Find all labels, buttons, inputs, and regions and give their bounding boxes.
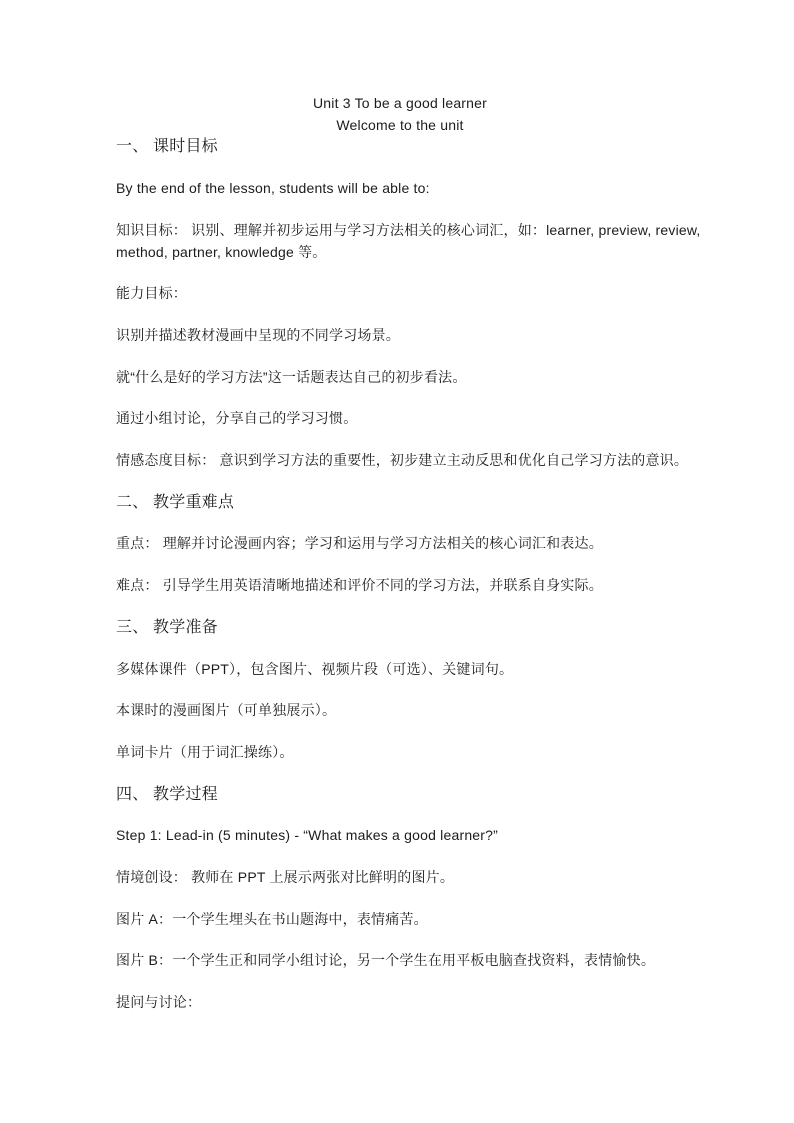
ability-goal-label: 能力目标： — [116, 283, 684, 305]
prep-item-2: 本课时的漫画图片（可单独展示）。 — [116, 700, 684, 722]
ability-goal-3: 通过小组讨论，分享自己的学习习惯。 — [116, 408, 684, 430]
step1-questions-label: 提问与讨论： — [116, 992, 684, 1014]
objectives-intro: By the end of the lesson, students will … — [116, 178, 684, 200]
affective-goal: 情感态度目标： 意识到学习方法的重要性，初步建立主动反思和优化自己学习方法的意识… — [116, 450, 684, 472]
step1-picture-a: 图片 A：一个学生埋头在书山题海中，表情痛苦。 — [116, 909, 684, 931]
ability-goal-1: 识别并描述教材漫画中呈现的不同学习场景。 — [116, 325, 684, 347]
prep-item-3: 单词卡片（用于词汇操练）。 — [116, 742, 684, 764]
key-point: 重点： 理解并讨论漫画内容；学习和运用与学习方法相关的核心词汇和表达。 — [116, 533, 684, 555]
knowledge-goal-line-1: 知识目标： 识别、理解并初步运用与学习方法相关的核心词汇，如：learner, … — [116, 220, 684, 242]
doc-title: Unit 3 To be a good learner — [116, 93, 684, 115]
section-4-heading: 四、 教学过程 — [116, 784, 684, 806]
difficult-point: 难点： 引导学生用英语清晰地描述和评价不同的学习方法，并联系自身实际。 — [116, 575, 684, 597]
doc-subtitle: Welcome to the unit — [116, 115, 684, 137]
step1-picture-b: 图片 B：一个学生正和同学小组讨论，另一个学生在用平板电脑查找资料，表情愉快。 — [116, 950, 684, 972]
section-3-heading: 三、 教学准备 — [116, 617, 684, 639]
step1-title: Step 1: Lead-in (5 minutes) - “What make… — [116, 825, 684, 847]
section-1-heading: 一、 课时目标 — [116, 136, 684, 158]
step1-context: 情境创设： 教师在 PPT 上展示两张对比鲜明的图片。 — [116, 867, 684, 889]
prep-item-1: 多媒体课件（PPT），包含图片、视频片段（可选）、关键词句。 — [116, 659, 684, 681]
ability-goal-2: 就“什么是好的学习方法”这一话题表达自己的初步看法。 — [116, 367, 684, 389]
section-2-heading: 二、 教学重难点 — [116, 492, 684, 514]
document-page: Unit 3 To be a good learner Welcome to t… — [0, 0, 794, 1123]
knowledge-goal-line-2: method, partner, knowledge 等。 — [116, 242, 684, 264]
